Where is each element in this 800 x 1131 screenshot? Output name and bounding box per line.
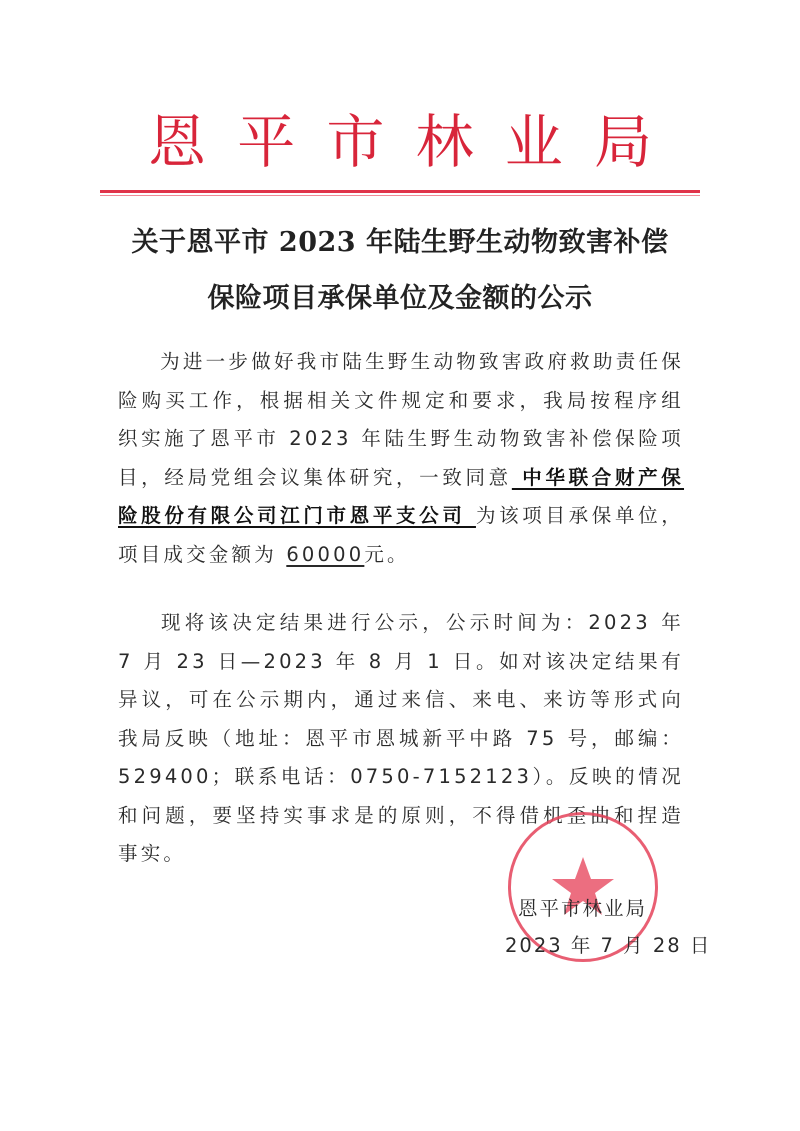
masthead-char: 市 bbox=[326, 113, 384, 171]
signature-date: 2023 年 7 月 28 日 bbox=[505, 930, 711, 958]
red-divider-thick bbox=[100, 190, 700, 193]
masthead-char: 恩 bbox=[148, 113, 206, 171]
masthead-char: 局 bbox=[594, 113, 652, 171]
red-divider-thin bbox=[100, 195, 700, 196]
document-title-line2: 保险项目承保单位及金额的公示 bbox=[100, 285, 700, 312]
body-paragraph-1: 为进一步做好我市陆生野生动物致害政府救助责任保险购买工作，根据相关文件规定和要求… bbox=[118, 343, 684, 574]
masthead-char: 业 bbox=[505, 113, 563, 171]
paragraph-text: 元。 bbox=[364, 543, 409, 566]
contract-amount: 60000 bbox=[286, 543, 364, 566]
masthead-char: 林 bbox=[416, 113, 474, 171]
masthead-org-name: 恩 平 市 林 业 局 bbox=[100, 102, 700, 182]
document-title-line1: 关于恩平市 2023 年陆生野生动物致害补偿 bbox=[100, 229, 700, 256]
masthead-char: 平 bbox=[237, 113, 295, 171]
signature-organization: 恩平市林业局 bbox=[518, 893, 647, 921]
